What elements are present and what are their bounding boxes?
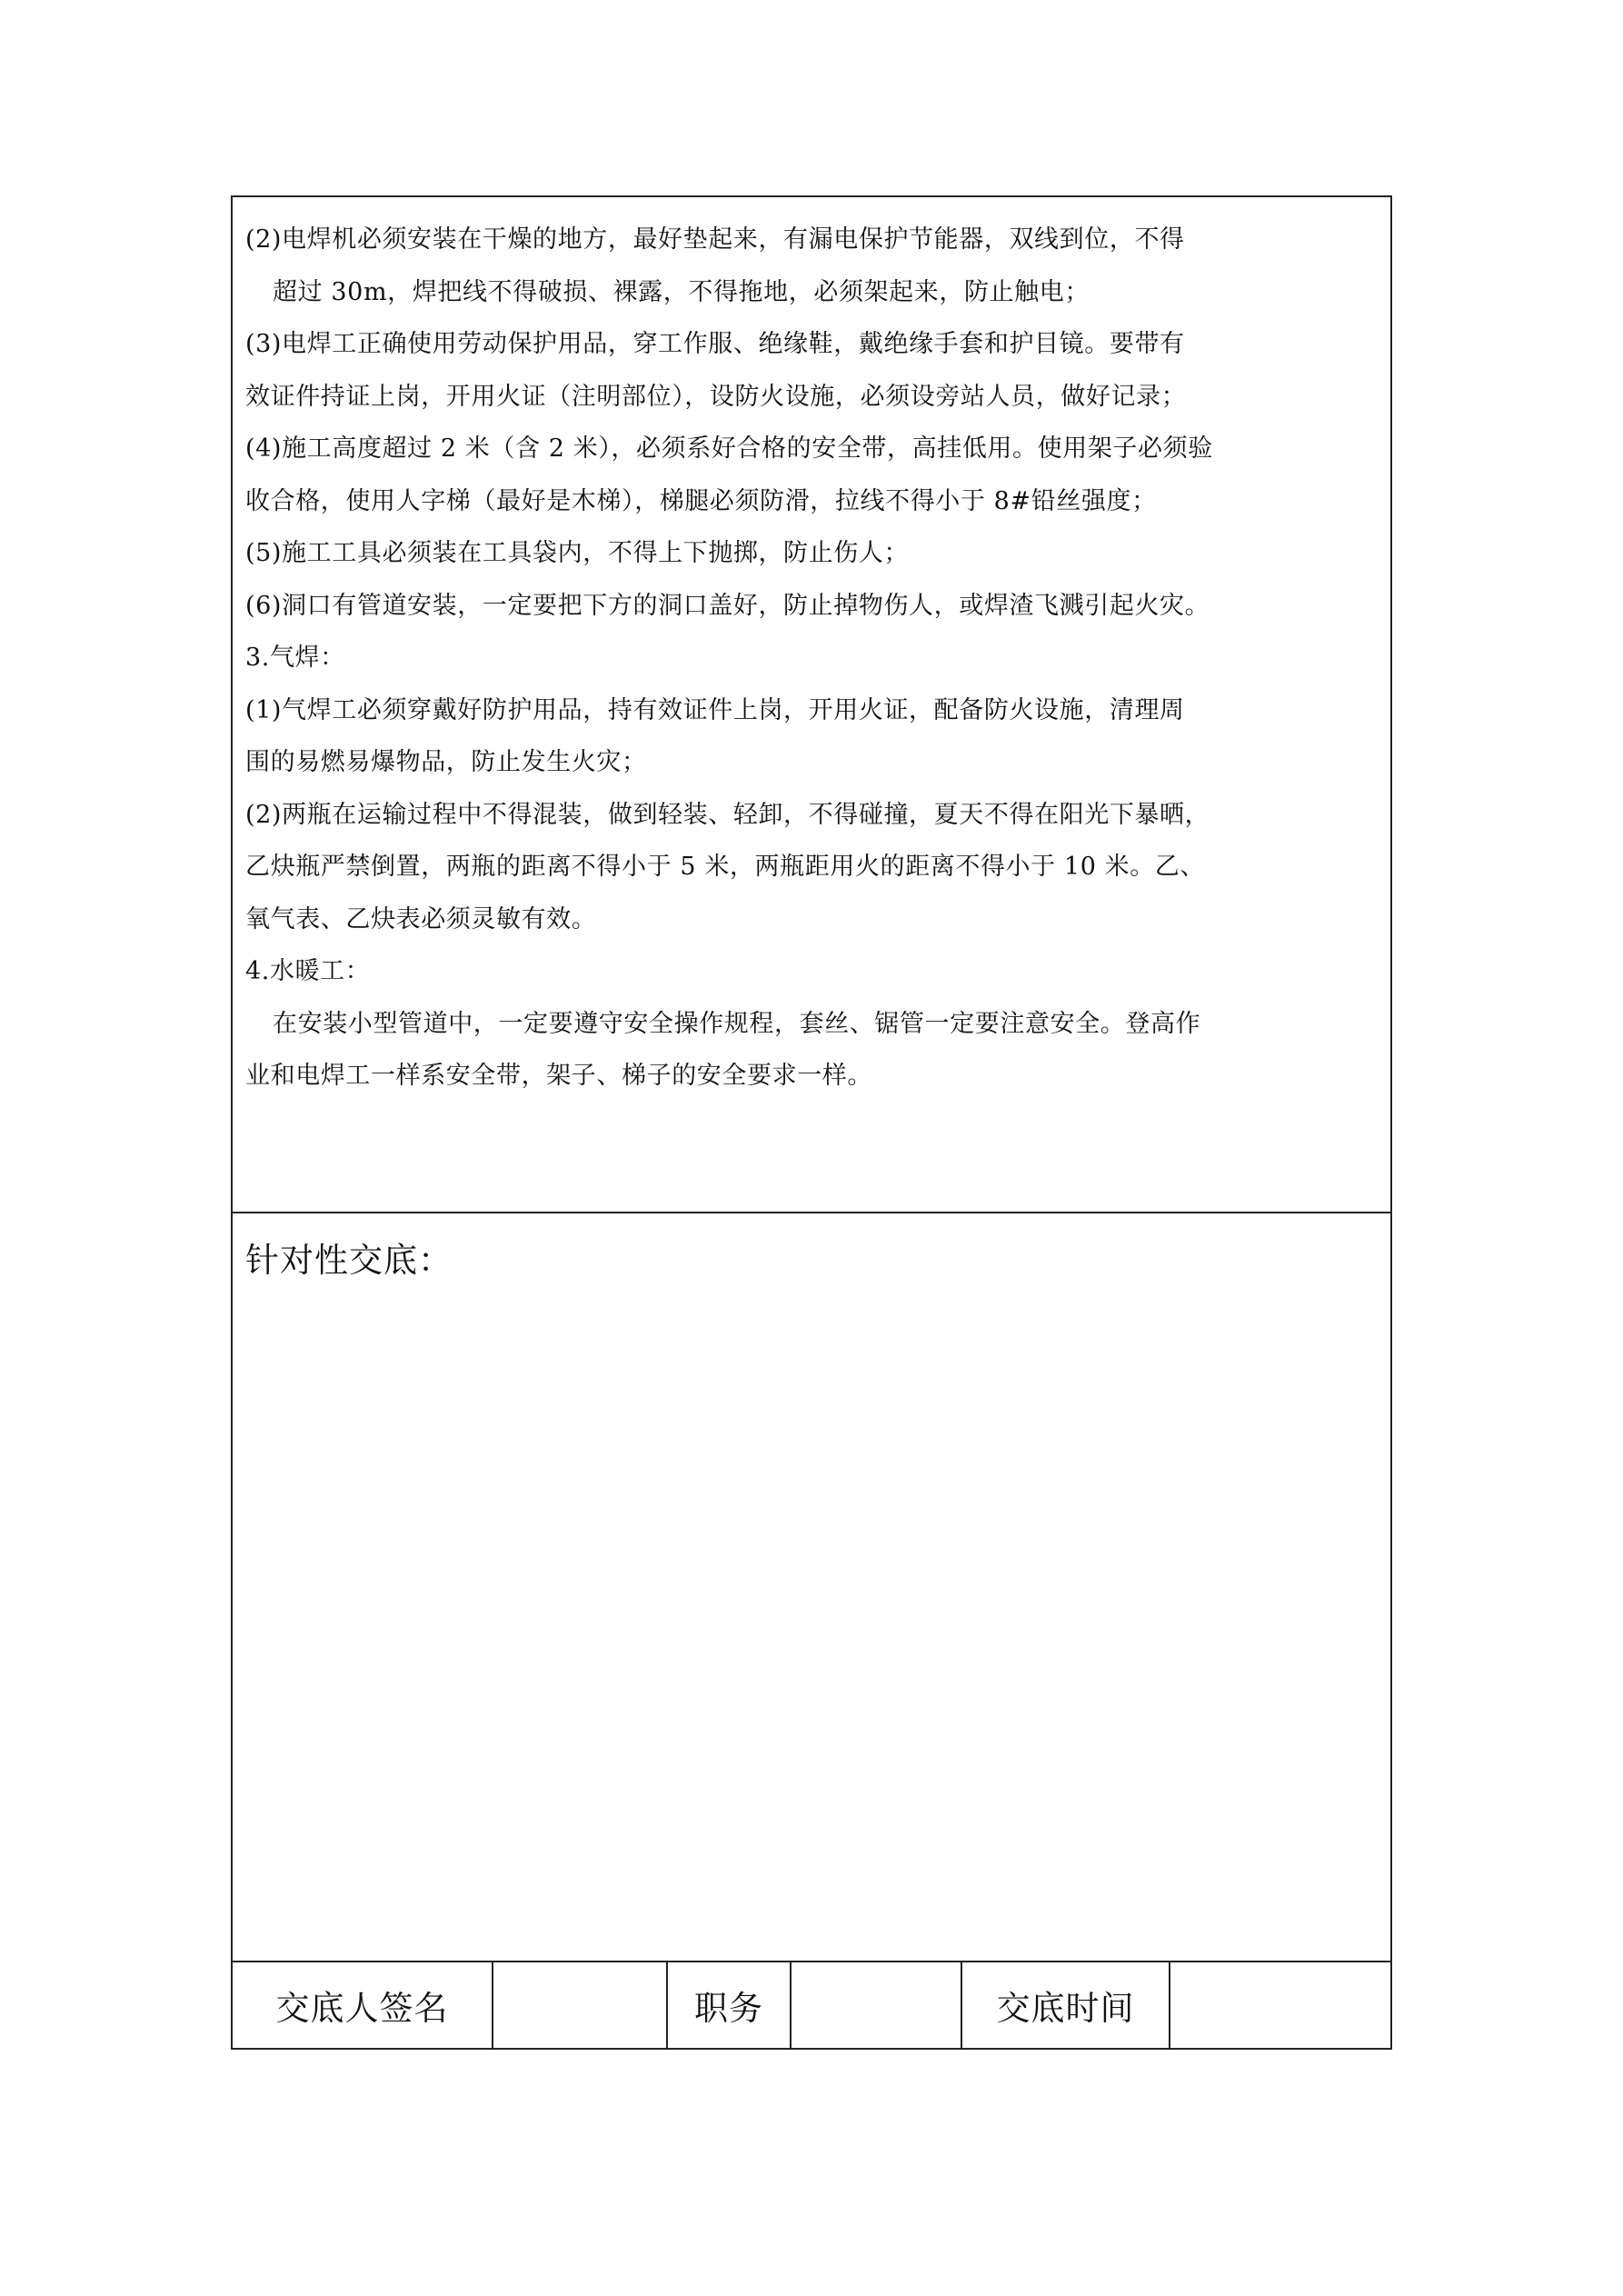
text-line: (5)施工工具必须装在工具袋内，不得上下抛掷，防止伤人； [245,527,1378,580]
section-heading-plumbing: 4.水暖工： [245,945,1378,998]
text-line: 围的易燃易爆物品，防止发生火灾； [245,736,1378,789]
position-label: 职务 [668,1962,792,2048]
text-line: (6)洞口有管道安装，一定要把下方的洞口盖好，防止掉物伤人，或焊渣飞溅引起火灾。 [245,580,1378,633]
text-line: (2)电焊机必须安装在干燥的地方，最好垫起来，有漏电保护节能器，双线到位，不得 [245,214,1378,266]
targeted-briefing-cell[interactable]: 针对性交底： [233,1213,1390,1962]
text-line: (3)电焊工正确使用劳动保护用品，穿工作服、绝缘鞋，戴绝缘手套和护目镜。要带有 [245,318,1378,371]
signer-field[interactable] [493,1962,668,2048]
briefing-time-label: 交底时间 [962,1962,1170,2048]
text-line: 收合格，使用人字梯（最好是木梯），梯腿必须防滑，拉线不得小于 8#铅丝强度； [245,475,1378,528]
briefing-time-field[interactable] [1170,1962,1390,2048]
position-field[interactable] [792,1962,962,2048]
section-heading-gas-welding: 3.气焊： [245,632,1378,684]
text-line: 氧气表、乙炔表必须灵敏有效。 [245,893,1378,946]
safety-briefing-table: (2)电焊机必须安装在干燥的地方，最好垫起来，有漏电保护节能器，双线到位，不得 … [231,195,1392,2050]
text-line: 效证件持证上岗，开用火证（注明部位），设防火设施，必须设旁站人员，做好记录； [245,371,1378,424]
text-line: 乙炔瓶严禁倒置，两瓶的距离不得小于 5 米，两瓶距用火的距离不得小于 10 米。… [245,841,1378,893]
text-line: 在安装小型管道中，一定要遵守安全操作规程，套丝、锯管一定要注意安全。登高作 [245,998,1378,1051]
signer-label: 交底人签名 [233,1962,493,2048]
text-line: (4)施工高度超过 2 米（含 2 米），必须系好合格的安全带，高挂低用。使用架… [245,423,1378,475]
text-line: (1)气焊工必须穿戴好防护用品，持有效证件上岗，开用火证，配备防火设施，清理周 [245,684,1378,737]
text-line: (2)两瓶在运输过程中不得混装，做到轻装、轻卸，不得碰撞，夏天不得在阳光下暴晒， [245,789,1378,842]
text-line: 超过 30m，焊把线不得破损、裸露，不得拖地，必须架起来，防止触电； [245,266,1378,319]
briefing-content-cell: (2)电焊机必须安装在干燥的地方，最好垫起来，有漏电保护节能器，双线到位，不得 … [233,197,1390,1213]
targeted-briefing-title: 针对性交底： [245,1233,1378,1288]
signature-row: 交底人签名 职务 交底时间 [233,1962,1390,2048]
text-line: 业和电焊工一样系安全带，架子、梯子的安全要求一样。 [245,1050,1378,1103]
